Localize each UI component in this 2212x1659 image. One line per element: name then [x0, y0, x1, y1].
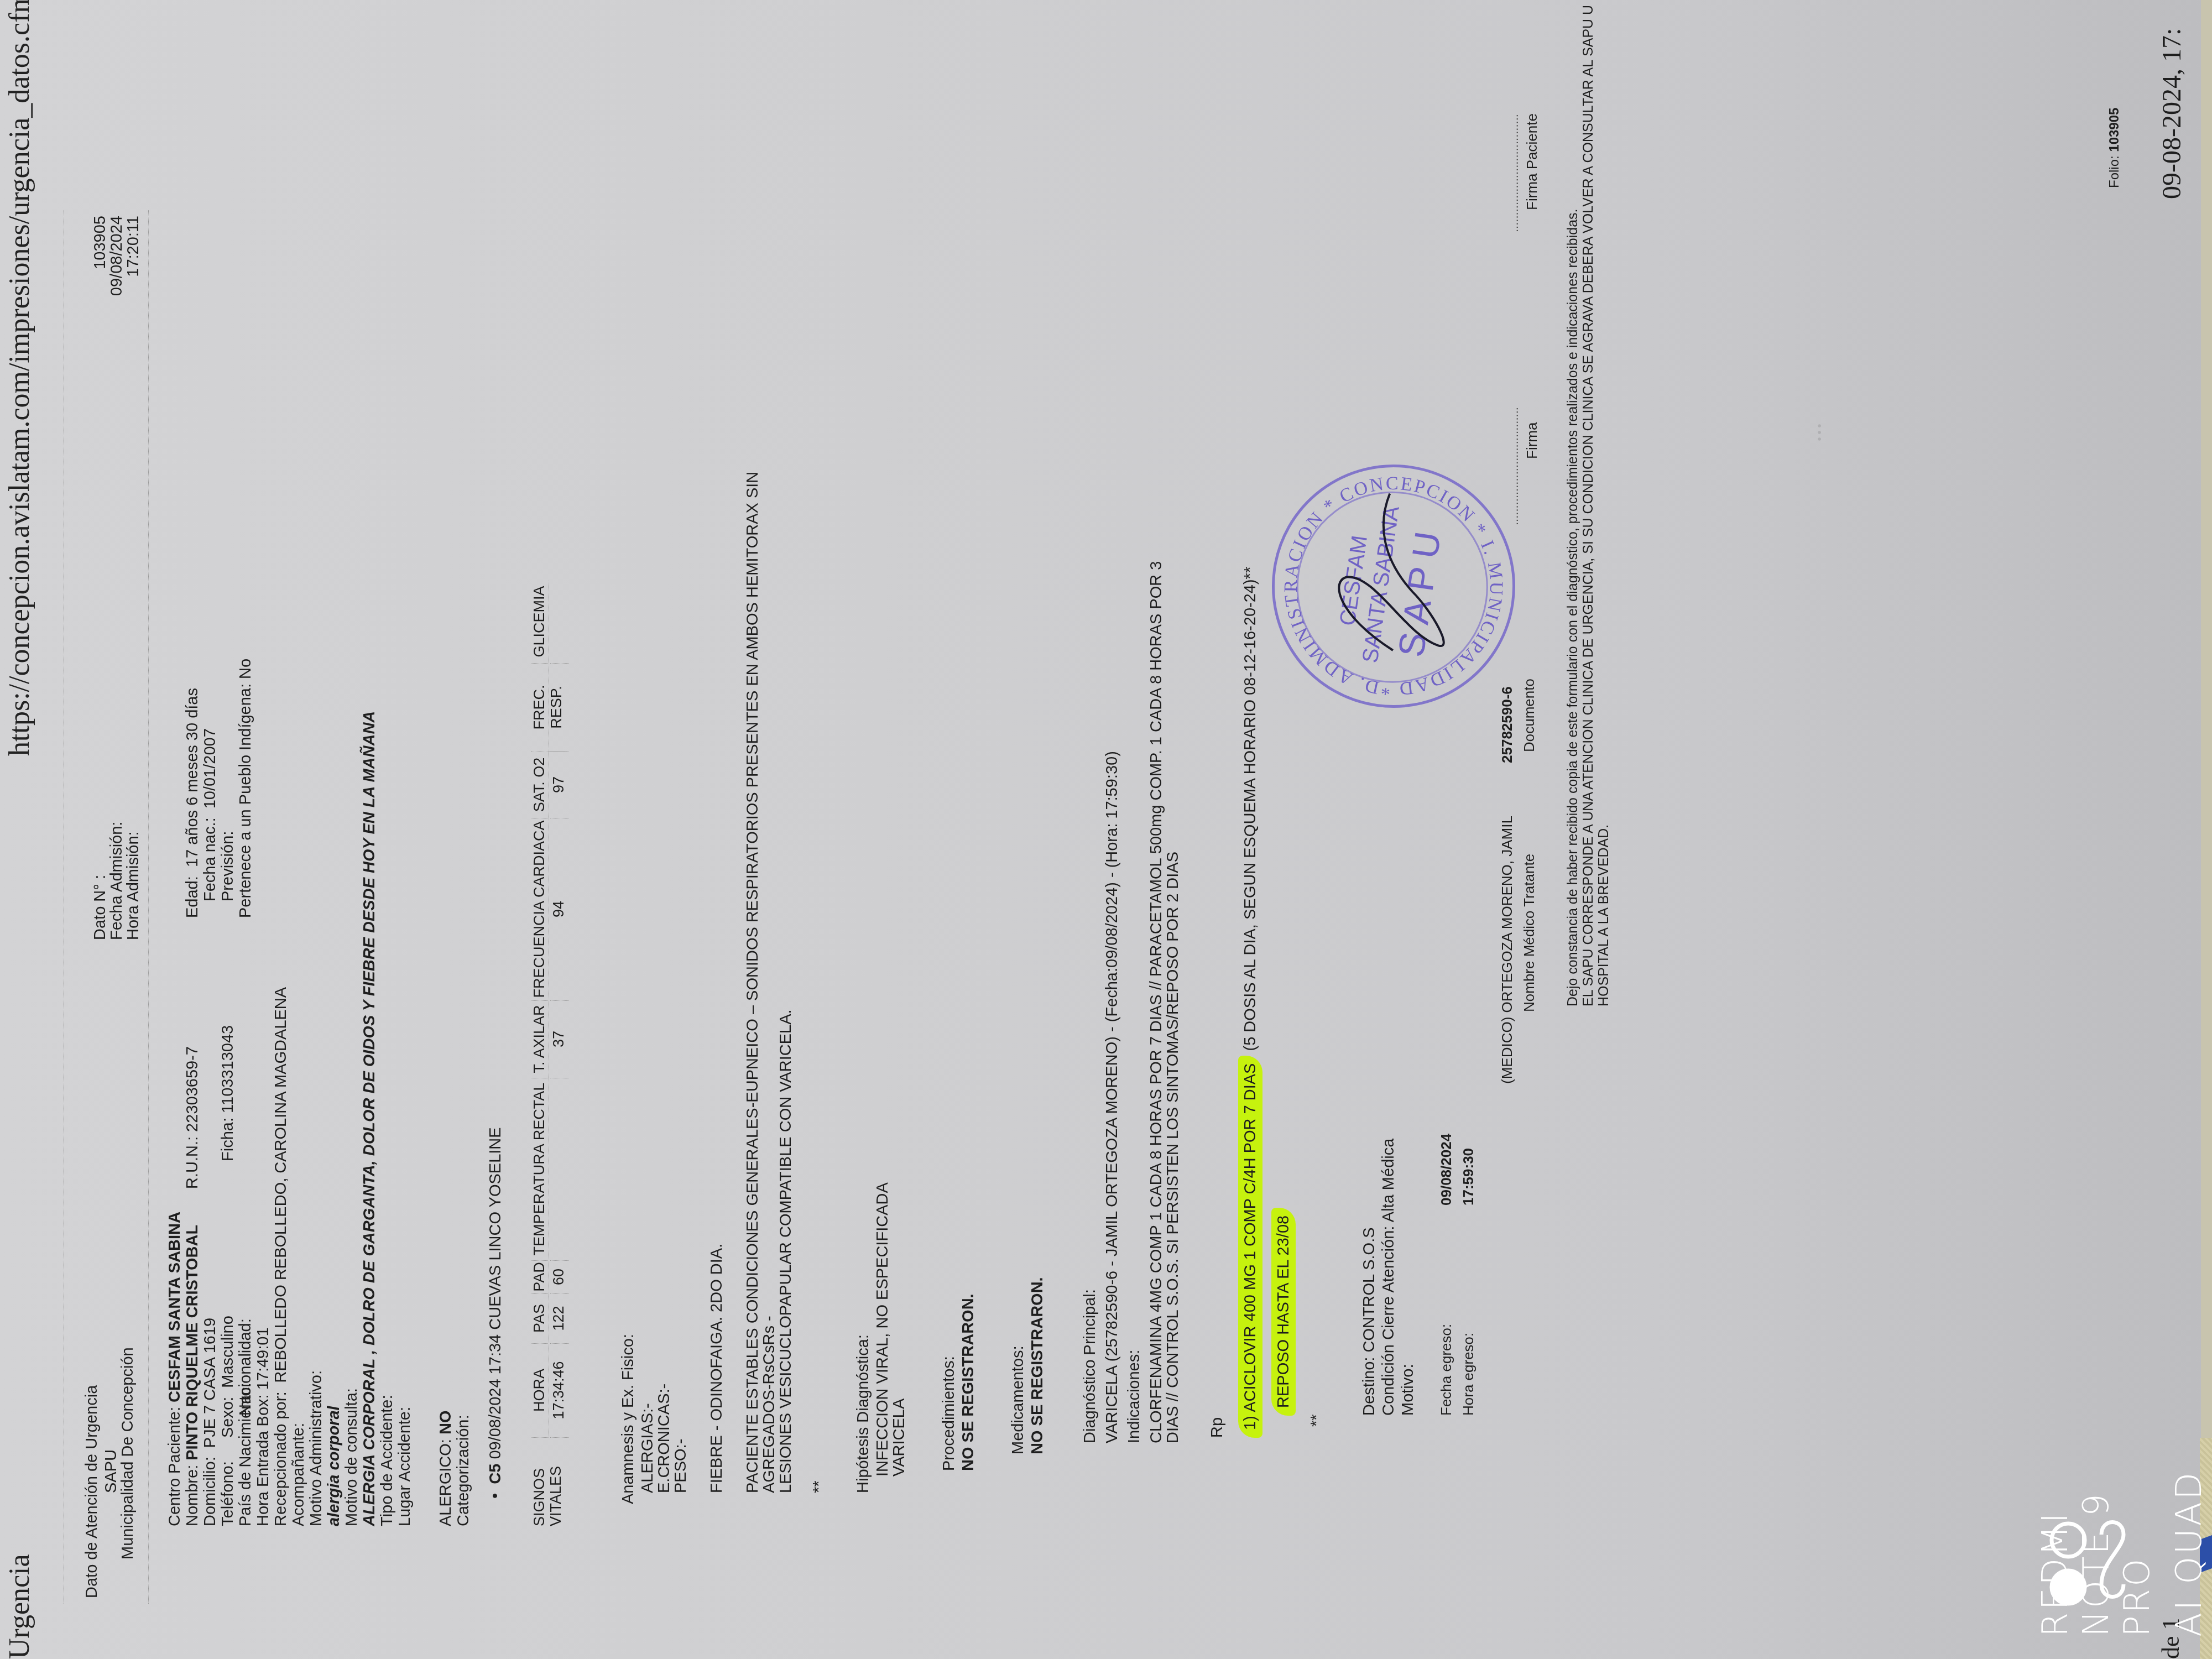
vitals-column-header: GLICEMIA	[531, 580, 548, 664]
vitals-cell	[550, 663, 569, 752]
tipo-accidente-label: Tipo de Accidente:	[378, 1395, 397, 1526]
motivo-admin-value: alergia corporal	[325, 1406, 343, 1526]
run-label: R.U.N.:	[184, 1136, 201, 1189]
hora-egreso-value: 17:59:30	[1460, 1148, 1477, 1206]
vitals-cell: 37	[550, 1000, 569, 1078]
vitals-column-header: SAT. O2	[531, 752, 548, 818]
procedimientos-value: NO SE REGISTRARON.	[959, 1293, 978, 1471]
print-datetime: 09-08-2024, 17:	[2157, 28, 2187, 199]
hora-entrada-value: 17:49:01	[254, 1327, 272, 1390]
fecha-nac-label: Fecha nac.:	[201, 817, 219, 901]
motivo-consulta-value: ALERGIA CORPORAL , DOLRO DE GARGANTA, DO…	[361, 711, 379, 1526]
hora-admision-label: Hora Admisión:	[124, 831, 143, 940]
dato-label: Dato N° :	[91, 875, 109, 940]
bullet-icon: •	[487, 1493, 504, 1499]
centro-label: Centro Paciente:	[166, 1407, 184, 1526]
categorizacion-label: Categorización:	[455, 1415, 473, 1527]
anamnesis-label: Anamnesis y Ex. Fisico:	[619, 1334, 638, 1504]
procedimientos-label: Procedimientos:	[940, 1356, 958, 1471]
fecha-egreso-value: 09/08/2024	[1438, 1134, 1455, 1206]
vitals-column-header: HORA	[531, 1343, 548, 1438]
exam-line: AGREGADOS-RsCsRs -	[760, 1316, 779, 1493]
hora-admision-value: 17:20:11	[124, 216, 143, 387]
anamnesis-complaint: FIEBRE - ODINOFAIGA. 2DO DIA.	[708, 1244, 726, 1493]
camera-watermark: REDMI NOTE 9 PRO AI QUAD CAMERA	[2035, 1460, 2212, 1637]
edad-label: Edad:	[184, 876, 201, 918]
lugar-accidente-label: Lugar Accidente:	[396, 1407, 414, 1526]
print-title: Urgencia	[3, 1554, 36, 1659]
vitals-cell: 17:34:46	[550, 1343, 569, 1438]
official-stamp: D. ADMINISTRACION * CONCEPCION * I. MUNI…	[1256, 449, 1531, 724]
run-value: 22303659-7	[184, 1046, 201, 1132]
vitals-column-header: TEMPERATURA RECTAL	[531, 1078, 548, 1261]
vitals-table: SIGNOSVITALESHORA17:34:46PAS122PAD60TEMP…	[525, 503, 586, 1526]
vitals-cell	[550, 1078, 569, 1261]
fecha-egreso-label: Fecha egreso:	[1438, 1324, 1455, 1416]
print-header: Urgencia https://concepcion.avislatam.co…	[3, 0, 42, 1659]
firma-paciente-label: Firma Paciente	[1524, 113, 1541, 210]
vitals-divider	[549, 581, 549, 1438]
ficha-value: 1103313043	[219, 1025, 237, 1113]
medicamentos-value: NO SE REGISTRARON.	[1029, 1277, 1047, 1454]
disclaimer-line: EL SAPU CORRESPONDE A UNA ATENCION CLINI…	[1580, 5, 1597, 1006]
nacionalidad-label: Nacionalidad:	[237, 1318, 255, 1416]
hipotesis-line: INFECCION VIRAL, NO ESPECIFICADA	[874, 1182, 892, 1477]
camera-model-text: REDMI NOTE 9 PRO	[2035, 1460, 2158, 1637]
hipotesis-line: VARICELA	[890, 1399, 909, 1477]
anamnesis-line: E.CRONICAS:-	[655, 1384, 674, 1493]
hipotesis-label: Hipótesis Diagnóstica:	[854, 1334, 873, 1493]
org-name: SAPU	[102, 1449, 121, 1493]
fecha-admision-value: 09/08/2024	[108, 216, 126, 387]
receta-rest: (5 DOSIS AL DIA, SEGUN ESQUEMA HORARIO 0…	[1241, 567, 1259, 1056]
documento-label: Documento	[1521, 679, 1538, 752]
telefono-label: Teléfono:	[219, 1461, 237, 1526]
motivo-consulta-label: Motivo de consulta:	[343, 1388, 361, 1526]
receta-stars: **	[1308, 1414, 1326, 1427]
print-url: https://concepcion.avislatam.com/impresi…	[3, 0, 36, 756]
camera-feature-text: AI QUAD CAMERA	[2169, 1460, 2212, 1637]
header-divider	[64, 210, 64, 1604]
vitals-cell: 122	[550, 1293, 569, 1344]
dato-value: 103905	[91, 216, 109, 387]
anamnesis-stars: **	[810, 1480, 828, 1493]
ficha-label: Ficha:	[219, 1118, 237, 1161]
fecha-admision-label: Fecha Admisión:	[108, 822, 126, 940]
indicaciones-label: Indicaciones:	[1125, 1350, 1144, 1443]
header-divider-bottom	[148, 210, 149, 1604]
sexo-label: Sexo:	[219, 1397, 237, 1438]
pueblo-value: No	[237, 659, 254, 679]
firma-label: Firma	[1524, 422, 1541, 459]
domicilio-value: PJE 7 CASA 1619	[201, 1318, 219, 1448]
condicion-value: Alta Médica	[1380, 1139, 1397, 1223]
vitals-cell: 60	[550, 1260, 569, 1294]
anamnesis-line: PESO:-	[672, 1439, 690, 1493]
prevision-label: Previsión:	[219, 831, 237, 901]
section-title: Dato de Atención de Urgencia	[83, 1385, 101, 1598]
bleed-through-text: ...	[1797, 422, 1828, 442]
acompanante-label: Acompañante:	[290, 1423, 308, 1526]
vitals-row-label: SIGNOSVITALES	[531, 1466, 564, 1526]
exam-line: PACIENTE ESTABLES CONDICIONES GENERALES-…	[744, 472, 762, 1493]
motivo-label: Motivo:	[1399, 1364, 1417, 1416]
vitals-cell	[550, 580, 569, 664]
diagnostico-value: VARICELA (25782590-6 - JAMIL ORTEGOZA MO…	[1103, 751, 1121, 1443]
folio-value: 103905	[2107, 108, 2122, 152]
hora-egreso-label: Hora egreso:	[1460, 1333, 1477, 1416]
nombre-label: Nombre:	[184, 1465, 201, 1526]
fecha-nac-value: 10/01/2007	[201, 728, 219, 808]
recepcionado-label: Recepcionado por:	[272, 1392, 290, 1526]
recepcionado-value: REBOLLEDO REBOLLEDO, CAROLINA MAGDALENA	[272, 987, 290, 1383]
medico-label: Nombre Médico Tratante	[1521, 854, 1538, 1012]
destino-value: CONTROL S.O.S	[1360, 1227, 1378, 1352]
vitals-column-header: PAD	[531, 1260, 548, 1294]
destino-label: Destino:	[1360, 1357, 1378, 1416]
vitals-cell: 97	[550, 752, 569, 818]
edad-value: 17 años 6 meses 30 días	[184, 688, 201, 867]
receta-highlight: 1) ACICLOVIR 400 MG 1 COMP C/4H POR 7 DI…	[1238, 1056, 1262, 1438]
firma-paciente-dots: ...................................	[1507, 114, 1521, 232]
folio-label: Folio:	[2107, 155, 2122, 188]
indicaciones-line: CLORFENAMINA 4MG COMP 1 CADA 8 HORAS POR…	[1147, 561, 1166, 1443]
hora-entrada-label: Hora Entrada Box:	[254, 1394, 272, 1526]
motivo-admin-label: Motivo Administrativo:	[307, 1370, 326, 1526]
diagnostico-label: Diagnóstico Principal:	[1081, 1289, 1099, 1443]
alergico-value: NO	[437, 1411, 455, 1435]
pueblo-label: Pertenece a un Pueblo Indígena:	[237, 684, 254, 918]
vitals-column-header: T. AXILAR	[531, 1000, 548, 1078]
medicamentos-label: Medicamentos:	[1009, 1345, 1027, 1454]
categoria-code: C5	[487, 1464, 504, 1484]
disclaimer-line: Dejo constancia de haber recibido copia …	[1565, 209, 1581, 1007]
reposo-highlight: REPOSO HASTA EL 23/08	[1271, 1208, 1296, 1416]
disclaimer-line: HOSPITAL A LA BREVEDAD.	[1596, 825, 1612, 1006]
vitals-column-header: PAS	[531, 1293, 548, 1344]
sexo-value: Masculino	[219, 1316, 237, 1388]
centro-value: CESFAM SANTA SABINA	[166, 1212, 184, 1402]
vitals-cell: 94	[550, 818, 569, 1001]
nombre-value: PINTO RIQUELME CRISTOBAL	[184, 1225, 201, 1460]
municipality-name: Municipalidad De Concepción	[119, 1347, 137, 1559]
anamnesis-line: ALERGIAS:-	[639, 1403, 657, 1493]
vitals-column-header: FRECUENCIA CARDIACA	[531, 818, 548, 1001]
exam-line: LESIONES VESICUCLOPAPULAR COMPATIBLE CON…	[777, 1009, 795, 1493]
documento-value: 25782590-6	[1499, 686, 1516, 763]
medico-name: (MEDICO) ORTEGOZA MORENO, JAMIL	[1499, 816, 1516, 1084]
handwritten-signature	[1297, 478, 1503, 685]
condicion-label: Condición Cierre Atención:	[1380, 1226, 1397, 1416]
receta-label: Rp	[1208, 1417, 1227, 1438]
urgency-record-document: Urgencia https://concepcion.avislatam.co…	[0, 0, 2212, 1659]
indicaciones-line: DIAS // CONTROL S.O.S. SI PERSISTEN LOS …	[1164, 852, 1182, 1443]
alergico-label: ALERGICO:	[437, 1439, 455, 1526]
domicilio-label: Domicilio:	[201, 1457, 219, 1526]
categoria-detail: 09/08/2024 17:34 CUEVAS LINCO YOSELINE	[487, 1127, 504, 1459]
